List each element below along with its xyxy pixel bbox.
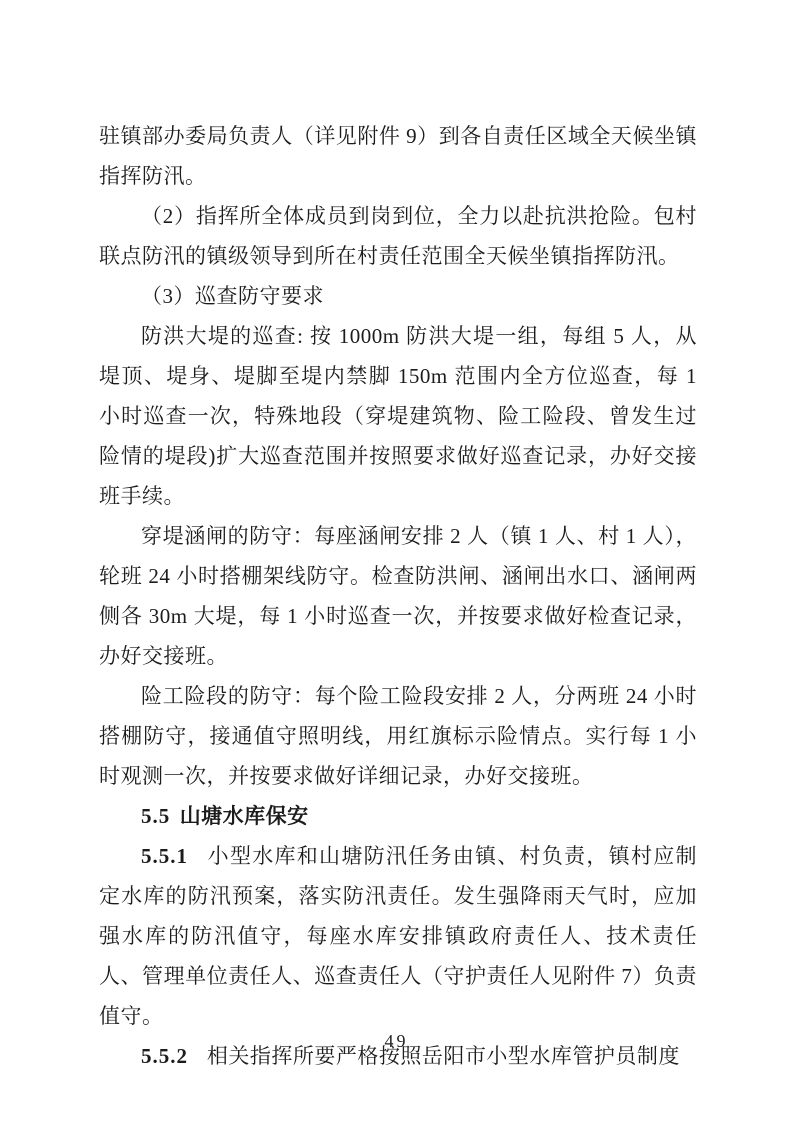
paragraph-text: 小型水库和山塘防汛任务由镇、村负责，镇村应制定水库的防汛预案，落实防汛责任。发生…: [99, 844, 697, 1028]
paragraph-text: 防洪大堤的巡查: 按 1000m 防洪大堤一组，每组 5 人，从堤顶、堤身、堤脚…: [99, 324, 697, 508]
paragraph: （2）指挥所全体成员到岗到位，全力以赴抗洪抢险。包村联点防汛的镇级领导到所在村责…: [99, 196, 697, 276]
section-heading: 5.5山塘水库保安: [99, 796, 697, 836]
paragraph-text: 驻镇部办委局负责人（详见附件 9）到各自责任区域全天候坐镇指挥防汛。: [99, 124, 697, 188]
paragraph-text: （3）巡查防守要求: [141, 284, 324, 308]
page-number: 49: [385, 1031, 409, 1051]
section-number: 5.5: [141, 804, 170, 828]
section-number: 5.5.1: [141, 844, 188, 868]
document-body: 驻镇部办委局负责人（详见附件 9）到各自责任区域全天候坐镇指挥防汛。（2）指挥所…: [99, 116, 697, 1076]
paragraph-text: （2）指挥所全体成员到岗到位，全力以赴抗洪抢险。包村联点防汛的镇级领导到所在村责…: [99, 204, 697, 268]
paragraph: 险工险段的防守：每个险工险段安排 2 人，分两班 24 小时搭棚防守，接通值守照…: [99, 676, 697, 796]
paragraph-text: 险工险段的防守：每个险工险段安排 2 人，分两班 24 小时搭棚防守，接通值守照…: [99, 684, 697, 788]
paragraph: 防洪大堤的巡查: 按 1000m 防洪大堤一组，每组 5 人，从堤顶、堤身、堤脚…: [99, 316, 697, 516]
paragraph: 穿堤涵闸的防守：每座涵闸安排 2 人（镇 1 人、村 1 人），轮班 24 小时…: [99, 516, 697, 676]
paragraph: （3）巡查防守要求: [99, 276, 697, 316]
paragraph-text: 山塘水库保安: [180, 804, 309, 828]
paragraph: 5.5.1小型水库和山塘防汛任务由镇、村负责，镇村应制定水库的防汛预案，落实防汛…: [99, 836, 697, 1036]
page-footer: 49: [0, 1028, 793, 1054]
paragraph: 驻镇部办委局负责人（详见附件 9）到各自责任区域全天候坐镇指挥防汛。: [99, 116, 697, 196]
document-page: 驻镇部办委局负责人（详见附件 9）到各自责任区域全天候坐镇指挥防汛。（2）指挥所…: [0, 0, 793, 1122]
paragraph-text: 穿堤涵闸的防守：每座涵闸安排 2 人（镇 1 人、村 1 人），轮班 24 小时…: [99, 524, 697, 668]
